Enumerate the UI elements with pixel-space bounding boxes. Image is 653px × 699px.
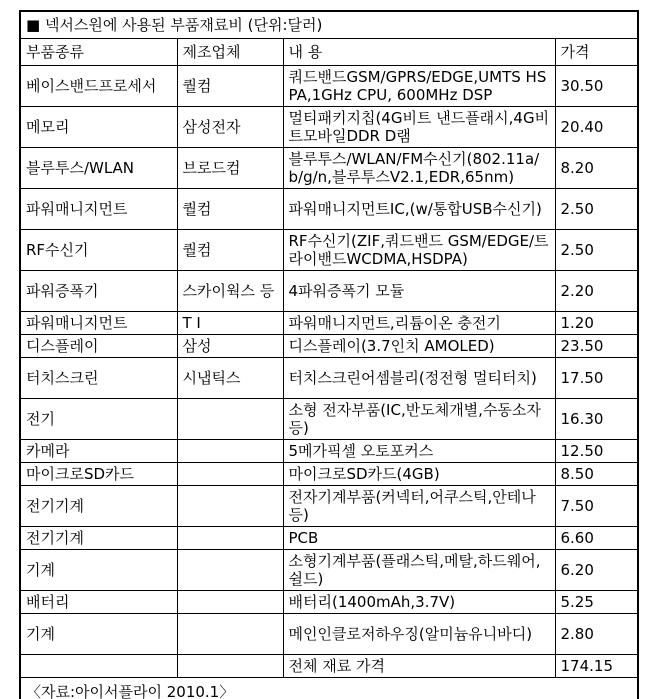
title-row: ■ 넥서스원에 사용된 부품재료비 (단위:달러)	[20, 11, 638, 39]
cell-description: 배터리(1400mAh,3.7V)	[283, 591, 555, 614]
header-row: 부품종류 제조업체 내 용 가격	[20, 39, 638, 66]
column-header-description: 내 용	[283, 39, 555, 66]
cell-part-type: RF수신기	[20, 230, 177, 271]
cell-part-type: 기계	[20, 614, 177, 655]
cell-description: 전자기계부품(커넥터,어쿠스틱,안테나 등)	[283, 486, 555, 527]
table-row: 전체 재료 가격174.15	[20, 655, 638, 678]
cell-manufacturer	[177, 527, 283, 550]
cell-price: 16.30	[555, 399, 638, 440]
cell-description: 파워매니지먼트IC,(w/통합USB수신기)	[283, 189, 555, 230]
cell-part-type: 파워매니지먼트	[20, 312, 177, 335]
cell-price: 7.50	[555, 486, 638, 527]
cell-part-type: 전기	[20, 399, 177, 440]
table-row: 카메라5메가픽셀 오토포커스12.50	[20, 440, 638, 463]
cell-manufacturer: 브로드컴	[177, 148, 283, 189]
table-body: 베이스밴드프로세서퀄컴쿼드밴드GSM/GPRS/EDGE,UMTS HSPA,1…	[20, 66, 638, 678]
cell-description: 메인인클로저하우징(알미늄유니바디)	[283, 614, 555, 655]
cell-description: 디스플레이(3.7인치 AMOLED)	[283, 335, 555, 358]
cell-manufacturer: 삼성	[177, 335, 283, 358]
cell-part-type: 파워증폭기	[20, 271, 177, 312]
cell-description: 4파워증폭기 모듈	[283, 271, 555, 312]
cell-manufacturer	[177, 399, 283, 440]
cell-manufacturer: 스카이웍스 등	[177, 271, 283, 312]
cell-part-type: 베이스밴드프로세서	[20, 66, 177, 107]
cell-manufacturer: 시냅틱스	[177, 358, 283, 399]
cell-manufacturer	[177, 591, 283, 614]
cell-description: PCB	[283, 527, 555, 550]
table-row: 전기기계전자기계부품(커넥터,어쿠스틱,안테나 등)7.50	[20, 486, 638, 527]
cell-price: 2.50	[555, 230, 638, 271]
cell-manufacturer	[177, 550, 283, 591]
cell-part-type: 터치스크린	[20, 358, 177, 399]
cell-description: 전체 재료 가격	[283, 655, 555, 678]
cell-manufacturer: 퀄컴	[177, 230, 283, 271]
cell-description: 파워매니지먼트,리튬이온 충전기	[283, 312, 555, 335]
cell-description: 소형기계부품(플래스틱,메탈,하드웨어,쉴드)	[283, 550, 555, 591]
table-row: 베이스밴드프로세서퀄컴쿼드밴드GSM/GPRS/EDGE,UMTS HSPA,1…	[20, 66, 638, 107]
cell-price: 2.50	[555, 189, 638, 230]
cell-price: 6.60	[555, 527, 638, 550]
column-header-manufacturer: 제조업체	[177, 39, 283, 66]
cell-price: 174.15	[555, 655, 638, 678]
cell-price: 5.25	[555, 591, 638, 614]
cell-manufacturer: 퀄컴	[177, 189, 283, 230]
cell-manufacturer	[177, 655, 283, 678]
cell-part-type: 블루투스/WLAN	[20, 148, 177, 189]
cell-part-type: 전기기계	[20, 486, 177, 527]
table-row: 기계메인인클로저하우징(알미늄유니바디)2.80	[20, 614, 638, 655]
cell-part-type: 배터리	[20, 591, 177, 614]
cell-description: 블루투스/WLAN/FM수신기(802.11a/b/g/n,블루투스V2.1,E…	[283, 148, 555, 189]
cell-description: 마이크로SD카드(4GB)	[283, 463, 555, 486]
cell-manufacturer	[177, 440, 283, 463]
cell-manufacturer: T I	[177, 312, 283, 335]
cell-description: 쿼드밴드GSM/GPRS/EDGE,UMTS HSPA,1GHz CPU, 60…	[283, 66, 555, 107]
table-row: 메모리삼성전자멀티패키지칩(4G비트 낸드플래시,4G비트모바일DDR D램20…	[20, 107, 638, 148]
cell-part-type: 카메라	[20, 440, 177, 463]
cell-description: 소형 전자부품(IC,반도체개별,수동소자 등)	[283, 399, 555, 440]
cell-manufacturer	[177, 463, 283, 486]
cell-price: 8.50	[555, 463, 638, 486]
table-row: 파워매니지먼트퀄컴파워매니지먼트IC,(w/통합USB수신기)2.50	[20, 189, 638, 230]
cell-part-type: 전기기계	[20, 527, 177, 550]
cell-price: 23.50	[555, 335, 638, 358]
table-row: 배터리배터리(1400mAh,3.7V)5.25	[20, 591, 638, 614]
parts-cost-table: ■ 넥서스원에 사용된 부품재료비 (단위:달러) 부품종류 제조업체 내 용 …	[19, 10, 639, 699]
column-header-part-type: 부품종류	[20, 39, 177, 66]
cell-price: 17.50	[555, 358, 638, 399]
table-row: 전기소형 전자부품(IC,반도체개별,수동소자 등)16.30	[20, 399, 638, 440]
table-row: 터치스크린시냅틱스터치스크린어셈블리(정전형 멀티터치)17.50	[20, 358, 638, 399]
table-row: 마이크로SD카드마이크로SD카드(4GB)8.50	[20, 463, 638, 486]
cell-description: 멀티패키지칩(4G비트 낸드플래시,4G비트모바일DDR D램	[283, 107, 555, 148]
cell-manufacturer: 삼성전자	[177, 107, 283, 148]
source-row: 〈자료:아이서플라이 2010.1〉	[20, 678, 638, 699]
cell-price: 1.20	[555, 312, 638, 335]
cell-manufacturer	[177, 486, 283, 527]
table-row: 파워증폭기스카이웍스 등4파워증폭기 모듈2.20	[20, 271, 638, 312]
table-row: RF수신기퀄컴RF수신기(ZIF,쿼드밴드 GSM/EDGE/트라이밴드WCDM…	[20, 230, 638, 271]
cell-price: 20.40	[555, 107, 638, 148]
cell-part-type: 메모리	[20, 107, 177, 148]
cell-description: RF수신기(ZIF,쿼드밴드 GSM/EDGE/트라이밴드WCDMA,HSDPA…	[283, 230, 555, 271]
cell-description: 5메가픽셀 오토포커스	[283, 440, 555, 463]
cell-part-type: 기계	[20, 550, 177, 591]
table-row: 파워매니지먼트T I파워매니지먼트,리튬이온 충전기1.20	[20, 312, 638, 335]
cell-description: 터치스크린어셈블리(정전형 멀티터치)	[283, 358, 555, 399]
table-row: 전기기계PCB6.60	[20, 527, 638, 550]
cell-price: 12.50	[555, 440, 638, 463]
table-row: 디스플레이삼성디스플레이(3.7인치 AMOLED)23.50	[20, 335, 638, 358]
cell-price: 30.50	[555, 66, 638, 107]
cell-price: 8.20	[555, 148, 638, 189]
table-title: ■ 넥서스원에 사용된 부품재료비 (단위:달러)	[20, 11, 638, 39]
cell-price: 2.80	[555, 614, 638, 655]
cell-part-type: 디스플레이	[20, 335, 177, 358]
cell-price: 6.20	[555, 550, 638, 591]
cell-part-type: 파워매니지먼트	[20, 189, 177, 230]
cell-manufacturer: 퀄컴	[177, 66, 283, 107]
cell-price: 2.20	[555, 271, 638, 312]
cell-manufacturer	[177, 614, 283, 655]
table-row: 기계소형기계부품(플래스틱,메탈,하드웨어,쉴드)6.20	[20, 550, 638, 591]
cell-part-type: 마이크로SD카드	[20, 463, 177, 486]
cell-part-type	[20, 655, 177, 678]
table-row: 블루투스/WLAN브로드컴블루투스/WLAN/FM수신기(802.11a/b/g…	[20, 148, 638, 189]
source-note: 〈자료:아이서플라이 2010.1〉	[20, 678, 638, 699]
column-header-price: 가격	[555, 39, 638, 66]
